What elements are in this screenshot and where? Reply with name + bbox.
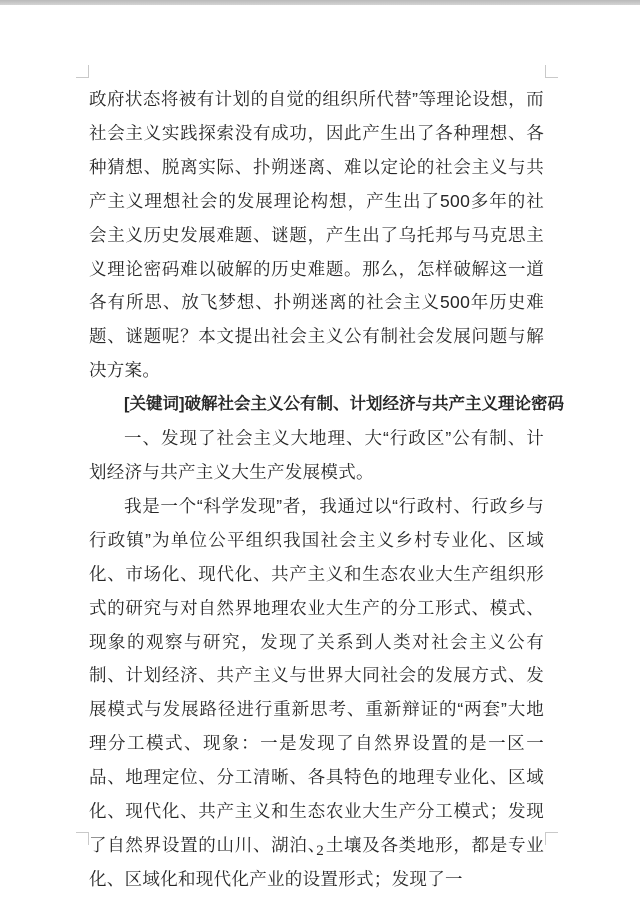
body-paragraph: 我是一个“科学发现”者，我通过以“行政村、行政乡与行政镇”为单位公平组织我国社会… (89, 490, 544, 897)
page-number: 2 (0, 843, 640, 860)
page-text-area: 政府状态将被有计划的自觉的组织所代替”等理论设想，而社会主义实践探索没有成功，因… (89, 83, 544, 897)
body-paragraph-continued: 政府状态将被有计划的自觉的组织所代替”等理论设想，而社会主义实践探索没有成功，因… (89, 83, 544, 388)
keywords-line: [关键词]破解社会主义公有制、计划经济与共产主义理论密码 (89, 388, 544, 422)
section-heading-one: 一、发现了社会主义大地理、大“行政区”公有制、计划经济与共产主义大生产发展模式。 (89, 422, 544, 490)
top-divider-bar (0, 0, 640, 5)
margin-crop-mark-top-right (545, 65, 558, 78)
document-page: 政府状态将被有计划的自觉的组织所代替”等理论设想，而社会主义实践探索没有成功，因… (0, 0, 640, 907)
margin-crop-mark-top-left (76, 65, 89, 78)
